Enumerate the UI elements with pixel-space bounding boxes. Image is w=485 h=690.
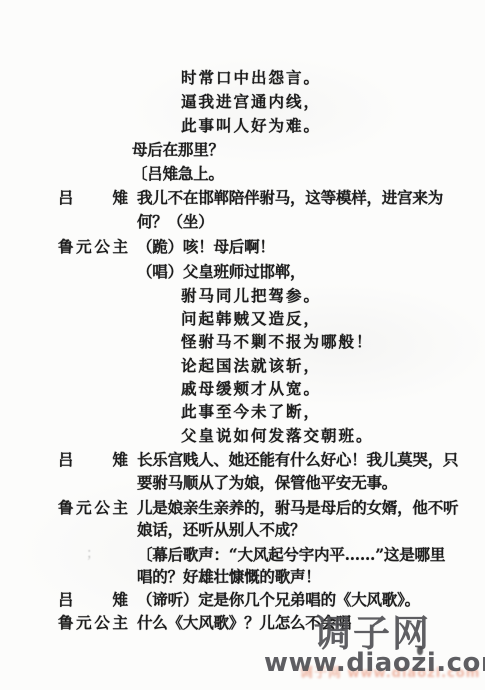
speaker-name-char: 主 (112, 239, 128, 255)
sung-verse-line: 问起韩贼又造反， (181, 311, 321, 327)
sung-verse-line: 时常口中出怨言。 (181, 70, 321, 86)
speaker-name: 鲁元公主 (58, 615, 128, 631)
speaker-name-char: 公 (94, 500, 110, 516)
speaker-name: 吕雉 (58, 190, 128, 206)
sung-verse-line: 此事叫人好为难。 (181, 118, 321, 134)
speaker-name-char: 鲁 (58, 500, 74, 516)
watermark-site-url: www.diaozi.com (264, 650, 485, 676)
sung-verse-line: 戚母缓颊才从宽。 (181, 381, 321, 397)
sung-verse-line: 论起国法就该斩， (181, 358, 321, 374)
dialogue-line: 要驸马顺从了为娘，保管他平安无事。 (137, 475, 397, 491)
speaker-name-char: 公 (94, 239, 110, 255)
dialogue-line: 娘话，还听从别人不成？ (137, 522, 305, 538)
speaker-name: 鲁元公主 (58, 500, 128, 516)
speaker-name-char: 元 (76, 500, 92, 516)
stage-direction-line: 〔幕后歌声：“大风起兮宇内平……”这是哪里 (137, 547, 445, 563)
speaker-name-char: 雉 (112, 190, 128, 206)
speaker-name: 吕雉 (58, 452, 128, 468)
sung-verse-line: 逼我进宫通内线， (181, 94, 321, 110)
watermark-site-name: 调子网 (314, 615, 431, 652)
speaker-name-char: 雉 (112, 592, 128, 608)
scan-artifact-mark: ； (86, 547, 100, 561)
speaker-name-char: 主 (112, 615, 128, 631)
speaker-name-char: 雉 (112, 452, 128, 468)
sung-verse-line: 怪驸马不剿不报为哪般！ (181, 334, 374, 350)
speaker-name: 鲁元公主 (58, 239, 128, 255)
dialogue-line: 儿是娘亲生亲养的，驸马是母后的女婿，他不听 (137, 500, 458, 516)
book-page: 时常口中出怨言。逼我进宫通内线，此事叫人好为难。母后在那里？〔吕雉急上。吕雉我儿… (0, 0, 485, 690)
dialogue-line: （谛听）定是你几个兄弟唱的《大风歌》。 (137, 592, 420, 608)
speaker-name-char: 元 (76, 615, 92, 631)
dialogue-line: 唱的？好雄壮慷慨的歌声！ (137, 569, 321, 585)
sung-verse-line: 此事至今未了断， (181, 404, 321, 420)
speaker-name-char: 吕 (58, 592, 74, 608)
speaker-name-char: 元 (76, 239, 92, 255)
speaker-name-char: 公 (94, 615, 110, 631)
dialogue-line: 何？（坐） (137, 214, 214, 230)
dialogue-line: 我儿不在邯郸陪伴驸马，这等模样，进宫来为 (137, 190, 443, 206)
speaker-name-char: 吕 (58, 190, 74, 206)
speaker-name-char: 鲁 (58, 239, 74, 255)
dialogue-line: 长乐宫贱人、她还能有什么好心！我儿莫哭，只 (137, 452, 458, 468)
speaker-name-char: 鲁 (58, 615, 74, 631)
dialogue-line: （唱）父皇班师过邯郸， (137, 264, 305, 280)
speaker-name: 吕雉 (58, 592, 128, 608)
sung-verse-line: 驸马同儿把驾参。 (181, 288, 321, 304)
dialogue-line: （跪）咳！母后啊！ (137, 239, 275, 255)
dialogue-line: 母后在那里？ (132, 142, 224, 158)
speaker-name-char: 吕 (58, 452, 74, 468)
sung-verse-line: 父皇说如何发落交朝班。 (181, 428, 374, 444)
stage-direction-line: 〔吕雉急上。 (132, 166, 224, 182)
speaker-name-char: 主 (112, 500, 128, 516)
